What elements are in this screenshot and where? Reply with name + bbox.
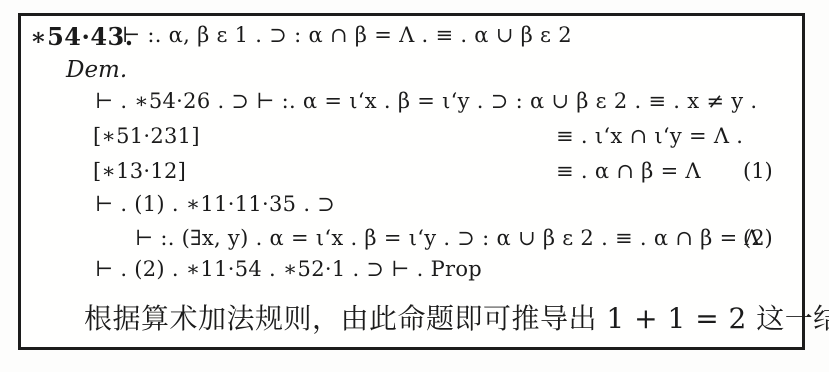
proof-line-2-formula: ≡ . ι‘x ∩ ι‘y = Λ . bbox=[556, 124, 743, 148]
equation-number-2: (2) bbox=[743, 226, 773, 250]
proof-line-1: ⊢ . ∗54·26 . ⊃ ⊢ :. α = ι‘x . β = ι‘y . … bbox=[95, 89, 757, 113]
equation-number-1: (1) bbox=[743, 159, 773, 183]
caption-text: 根据算术加法规则，由此命题即可推导出 1 + 1 = 2 这一结论。 bbox=[84, 297, 829, 337]
proof-line-3-reference: [∗13·12] bbox=[93, 159, 186, 183]
proposition-formula: ⊢ :. α, β ε 1 . ⊃ : α ∩ β = Λ . ≡ . α ∪ … bbox=[122, 23, 572, 47]
proof-line-4: ⊢ . (1) . ∗11·11·35 . ⊃ bbox=[95, 192, 335, 216]
proof-line-6: ⊢ . (2) . ∗11·54 . ∗52·1 . ⊃ ⊢ . Prop bbox=[95, 257, 482, 281]
proof-line-3-formula: ≡ . α ∩ β = Λ bbox=[556, 159, 701, 183]
document-frame: ∗54·43. ⊢ :. α, β ε 1 . ⊃ : α ∩ β = Λ . … bbox=[18, 13, 805, 350]
dem-label: Dem. bbox=[66, 57, 127, 83]
proof-line-2-reference: [∗51·231] bbox=[93, 124, 200, 148]
proposition-number: ∗54·43. bbox=[30, 22, 134, 51]
proof-line-5: ⊢ :. (∃x, y) . α = ι‘x . β = ι‘y . ⊃ : α… bbox=[135, 226, 760, 250]
